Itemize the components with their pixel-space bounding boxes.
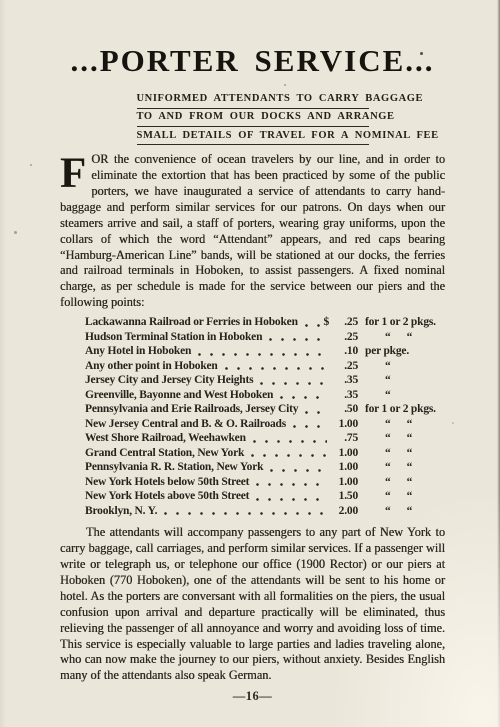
rate-note: “ bbox=[365, 359, 445, 374]
ditto-mark: “ bbox=[407, 475, 413, 490]
rate-row: Grand Central Station, New York 1.00 ““ bbox=[85, 446, 445, 461]
rate-row: Lackawanna Railroad or Ferries in Hoboke… bbox=[85, 315, 445, 330]
rate-row: Any other point in Hoboken .25 “ bbox=[85, 359, 445, 374]
dot-leader bbox=[248, 431, 327, 446]
rate-note: ““ bbox=[365, 431, 445, 446]
ditto-mark: “ bbox=[385, 388, 391, 403]
document-page: ...PORTER SERVICE... UNIFORMED ATTENDANT… bbox=[0, 0, 500, 727]
page-number: —16— bbox=[60, 689, 445, 704]
ditto-mark: “ bbox=[407, 330, 413, 345]
rate-row: New York Hotels above 50th Street 1.50 “… bbox=[85, 489, 445, 504]
ditto-mark: “ bbox=[407, 431, 413, 446]
rate-price: .25 bbox=[332, 330, 358, 345]
rate-price: .75 bbox=[332, 431, 358, 446]
rate-price: 1.00 bbox=[332, 475, 358, 490]
rate-note: ““ bbox=[365, 417, 445, 432]
ditto-mark: “ bbox=[407, 417, 413, 432]
rate-note: ““ bbox=[365, 475, 445, 490]
dot-leader bbox=[251, 489, 327, 504]
ditto-mark: “ bbox=[385, 359, 391, 374]
rate-price: 1.00 bbox=[332, 460, 358, 475]
subtitle-line-2: TO AND FROM OUR DOCKS AND ARRANGE bbox=[137, 111, 369, 127]
rate-price: .35 bbox=[332, 388, 358, 403]
rate-destination: Any Hotel in Hoboken bbox=[85, 344, 191, 359]
dot-leader bbox=[251, 475, 327, 490]
rate-destination: Brooklyn, N. Y. bbox=[85, 504, 157, 519]
rate-note: ““ bbox=[365, 460, 445, 475]
intro-text: OR the convenience of ocean travelers by… bbox=[60, 152, 445, 309]
rate-destination: Lackawanna Railroad or Ferries in Hoboke… bbox=[85, 315, 298, 330]
ditto-mark: “ bbox=[407, 446, 413, 461]
dot-leader bbox=[265, 460, 327, 475]
subtitle-line-3: SMALL DETAILS OF TRAVEL FOR A NOMINAL FE… bbox=[137, 130, 369, 146]
rate-destination: Pennsylvania and Erie Railroads, Jersey … bbox=[85, 402, 298, 417]
rate-note: ““ bbox=[365, 446, 445, 461]
ditto-mark: “ bbox=[385, 504, 391, 519]
closing-paragraph: The attendants will accompany passengers… bbox=[60, 525, 445, 684]
rate-price: 1.50 bbox=[332, 489, 358, 504]
intro-paragraph: FOR the convenience of ocean travelers b… bbox=[60, 152, 445, 311]
dot-leader bbox=[300, 315, 322, 330]
rate-destination: New York Hotels below 50th Street bbox=[85, 475, 249, 490]
rate-table: Lackawanna Railroad or Ferries in Hoboke… bbox=[85, 315, 445, 518]
rate-destination: New York Hotels above 50th Street bbox=[85, 489, 249, 504]
paper-speck bbox=[30, 164, 32, 166]
rate-row: New Jersey Central and B. & O. Railroads… bbox=[85, 417, 445, 432]
rate-row: New York Hotels below 50th Street 1.00 “… bbox=[85, 475, 445, 490]
ditto-mark: “ bbox=[385, 330, 391, 345]
rate-destination: Grand Central Station, New York bbox=[85, 446, 244, 461]
rate-price: 1.00 bbox=[332, 417, 358, 432]
dot-leader bbox=[193, 344, 327, 359]
ditto-mark: “ bbox=[385, 373, 391, 388]
ditto-mark: “ bbox=[407, 504, 413, 519]
rate-note: per pkge. bbox=[365, 344, 445, 359]
dot-leader bbox=[159, 504, 327, 519]
rate-destination: West Shore Railroad, Weehawken bbox=[85, 431, 246, 446]
dot-leader bbox=[275, 388, 327, 403]
ditto-mark: “ bbox=[385, 475, 391, 490]
dot-leader bbox=[300, 402, 327, 417]
rate-row: Any Hotel in Hoboken .10 per pkge. bbox=[85, 344, 445, 359]
rate-row: Greenville, Bayonne and West Hoboken .35… bbox=[85, 388, 445, 403]
dot-leader bbox=[246, 446, 327, 461]
rate-note: ““ bbox=[365, 504, 445, 519]
rate-row: Jersey City and Jersey City Heights .35 … bbox=[85, 373, 445, 388]
paper-speck bbox=[420, 52, 423, 55]
ditto-mark: “ bbox=[385, 431, 391, 446]
rate-note: ““ bbox=[365, 489, 445, 504]
rate-price: .50 bbox=[332, 402, 358, 417]
rate-destination: Greenville, Bayonne and West Hoboken bbox=[85, 388, 273, 403]
rate-note: for 1 or 2 pkgs. bbox=[365, 402, 445, 417]
ditto-mark: “ bbox=[385, 460, 391, 475]
paper-speck bbox=[284, 84, 286, 86]
subtitle-block: UNIFORMED ATTENDANTS TO CARRY BAGGAGE TO… bbox=[137, 93, 369, 145]
rate-price: .10 bbox=[332, 344, 358, 359]
rate-destination: Jersey City and Jersey City Heights bbox=[85, 373, 253, 388]
rate-note: ““ bbox=[365, 330, 445, 345]
rate-destination: Pennsylvania R. R. Station, New York bbox=[85, 460, 263, 475]
ditto-mark: “ bbox=[385, 446, 391, 461]
drop-cap: F bbox=[60, 152, 86, 198]
rate-price: .25 bbox=[332, 359, 358, 374]
rate-note: “ bbox=[365, 373, 445, 388]
ditto-mark: “ bbox=[407, 489, 413, 504]
rate-price: 2.00 bbox=[332, 504, 358, 519]
rate-note: for 1 or 2 pkgs. bbox=[365, 315, 445, 330]
dot-leader bbox=[220, 359, 327, 374]
rate-destination: Any other point in Hoboken bbox=[85, 359, 218, 374]
page-content: ...PORTER SERVICE... UNIFORMED ATTENDANT… bbox=[0, 0, 500, 704]
paper-speck bbox=[452, 422, 454, 424]
rate-price: .35 bbox=[332, 373, 358, 388]
paper-speck bbox=[14, 231, 17, 234]
rate-row: Pennsylvania and Erie Railroads, Jersey … bbox=[85, 402, 445, 417]
rate-price: .25 bbox=[332, 315, 358, 330]
dot-leader bbox=[255, 373, 327, 388]
subtitle-line-1: UNIFORMED ATTENDANTS TO CARRY BAGGAGE bbox=[137, 93, 369, 109]
ditto-mark: “ bbox=[407, 460, 413, 475]
ditto-mark: “ bbox=[385, 489, 391, 504]
rate-row: West Shore Railroad, Weehawken .75 ““ bbox=[85, 431, 445, 446]
currency-sign: $ bbox=[323, 315, 329, 330]
dot-leader bbox=[288, 417, 327, 432]
rate-destination: Hudson Terminal Station in Hoboken bbox=[85, 330, 262, 345]
rate-row: Pennsylvania R. R. Station, New York 1.0… bbox=[85, 460, 445, 475]
rate-note: “ bbox=[365, 388, 445, 403]
page-title: ...PORTER SERVICE... bbox=[60, 44, 445, 78]
rate-destination: New Jersey Central and B. & O. Railroads bbox=[85, 417, 286, 432]
ditto-mark: “ bbox=[385, 417, 391, 432]
dot-leader bbox=[264, 330, 327, 345]
rate-price: 1.00 bbox=[332, 446, 358, 461]
rate-row: Brooklyn, N. Y. 2.00 ““ bbox=[85, 504, 445, 519]
rate-row: Hudson Terminal Station in Hoboken .25 “… bbox=[85, 330, 445, 345]
